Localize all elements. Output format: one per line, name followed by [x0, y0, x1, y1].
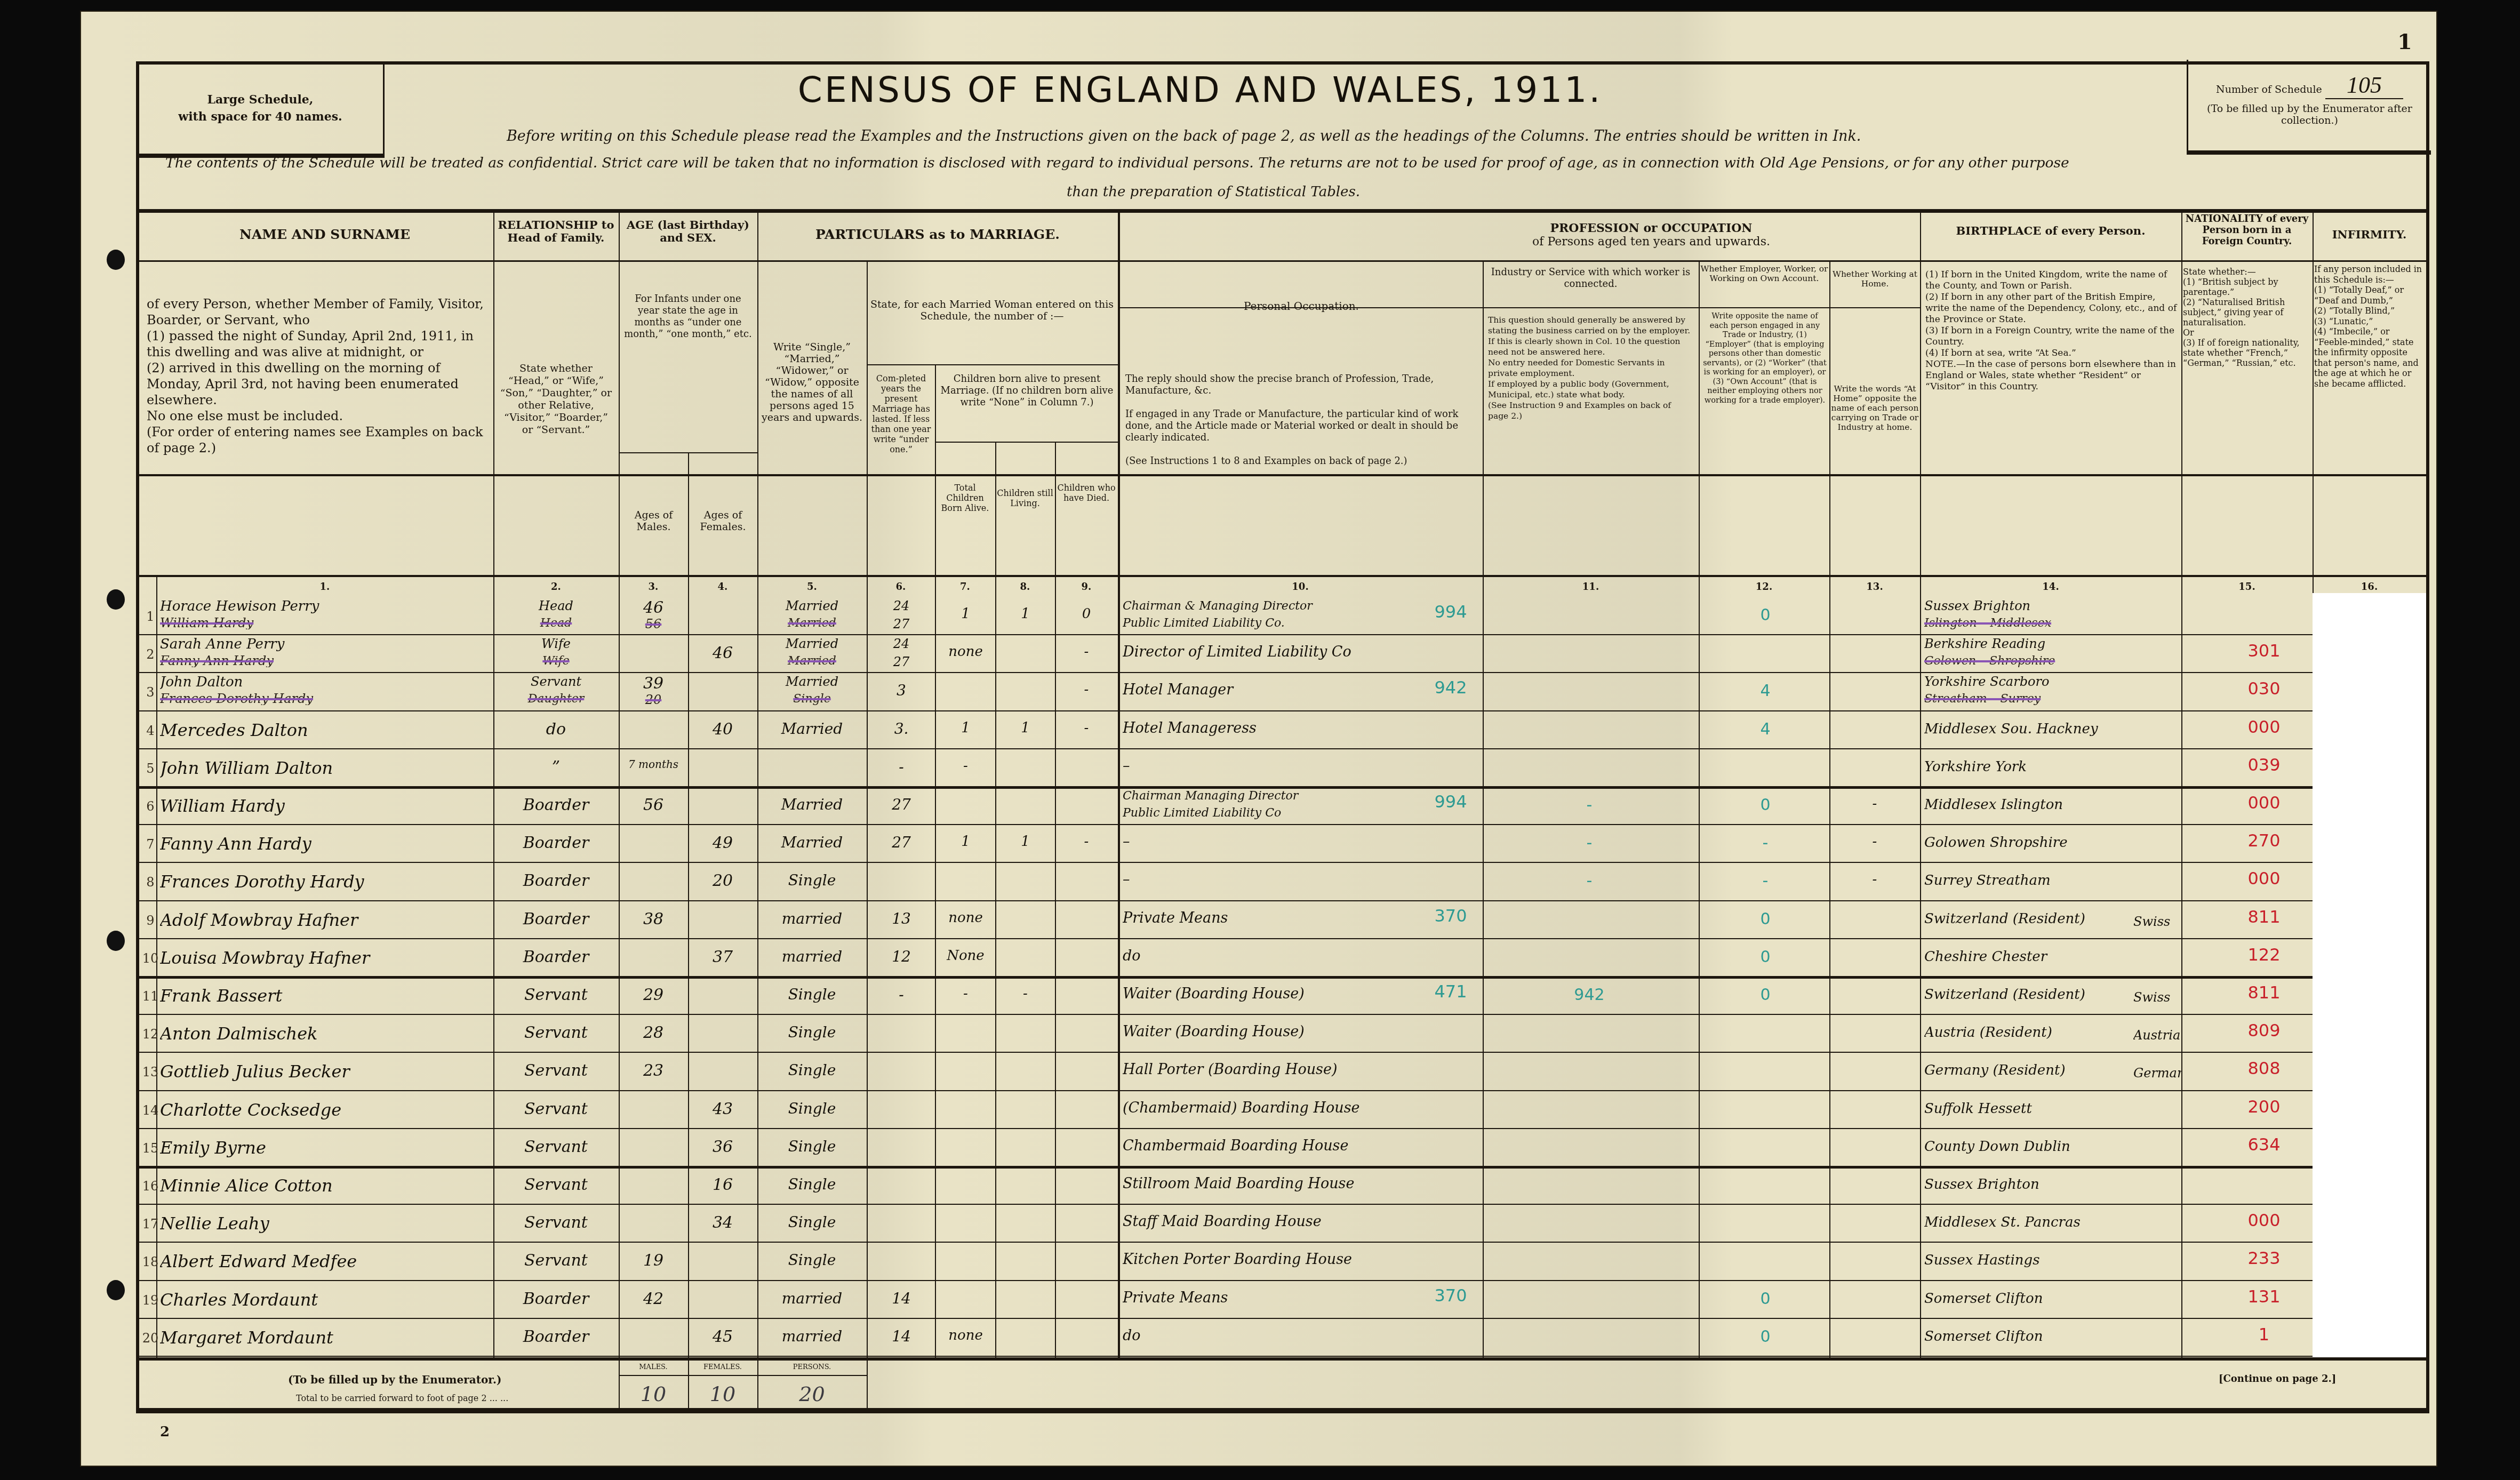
entry-relationship: Boarder: [496, 796, 616, 814]
entry-relationship: Servant: [496, 674, 616, 689]
entry-age-female: 46: [691, 644, 755, 662]
row-rule: [139, 1318, 2426, 1319]
entry-age-male: 7 months: [621, 758, 685, 771]
row-number: 4: [140, 723, 161, 738]
column-divider: [1829, 262, 1830, 1358]
entry-occupation: Staff Maid Boarding House: [1123, 1213, 1480, 1230]
column-number: 7.: [935, 581, 995, 593]
entry-years-married-struck: 27: [869, 654, 933, 669]
entry-name: Charles Mordaunt: [160, 1290, 491, 1310]
entry-employment-status: 0: [1707, 796, 1824, 814]
entry-occupation: Waiter (Boarding House): [1123, 1023, 1480, 1040]
entry-employment-status: 0: [1707, 948, 1824, 966]
entry-age-female: 43: [691, 1100, 755, 1118]
column-number: 2.: [493, 581, 619, 593]
redacted-infirmity-area: [2313, 593, 2426, 1359]
entry-age-male-struck: 56: [621, 617, 685, 631]
header-age: AGE (last Birthday) and SEX.: [619, 219, 757, 244]
entry-occupation: Stillroom Maid Boarding House: [1123, 1175, 1480, 1192]
entry-nationality-code: 122: [2219, 945, 2309, 965]
header-rule: [139, 575, 2426, 577]
header-subrule: [1699, 307, 1920, 308]
entry-condition: Married: [760, 674, 864, 689]
entry-relationship: Servant: [496, 1061, 616, 1080]
column-number: 14.: [1920, 581, 2181, 593]
entry-condition: Single: [760, 871, 864, 889]
entry-name: Frances Dorothy Hardy: [160, 871, 491, 892]
entry-age-male: 19: [621, 1251, 685, 1270]
entry-employment-status: 4: [1707, 720, 1824, 739]
entry-condition-struck: Single: [760, 692, 864, 706]
entry-employment-status: 4: [1707, 682, 1824, 700]
header-condition-instructions: Write “Single,” “Married,” “Widower,” or…: [760, 341, 864, 423]
entry-relationship-struck: Head: [496, 617, 616, 630]
header-rule: [139, 474, 2426, 476]
entry-name: Albert Edward Medfee: [160, 1251, 491, 1271]
entry-birthplace: Sussex Brighton: [1924, 1177, 2180, 1193]
entry-years-married: 12: [869, 948, 933, 965]
entry-nationality-code: 809: [2219, 1020, 2309, 1041]
entry-birthplace: County Down Dublin: [1924, 1139, 2180, 1155]
entry-nationality-code: 000: [2219, 1210, 2309, 1230]
column-divider: [619, 209, 620, 1358]
entry-children-total: none: [938, 1327, 994, 1343]
entry-nationality-code: 808: [2219, 1058, 2309, 1078]
entry-children-living: 1: [997, 606, 1053, 622]
entry-industry: -: [1536, 834, 1643, 852]
females-label: FEMALES.: [688, 1363, 757, 1371]
row-number: 13: [140, 1065, 161, 1079]
column-number: 12.: [1699, 581, 1829, 593]
entry-name: Louisa Mowbray Hafner: [160, 948, 491, 968]
header-children-born: Children born alive to present Marriage.…: [938, 373, 1116, 409]
row-rule: [139, 634, 2426, 635]
schedule-number-note: (To be filled up by the Enumerator after…: [2199, 103, 2420, 126]
entry-employment-status: 0: [1707, 986, 1824, 1004]
entry-children-total: -: [938, 986, 994, 1002]
entry-condition: Married: [760, 636, 864, 651]
entry-relationship-struck: Daughter: [496, 692, 616, 706]
punch-hole: [107, 589, 125, 610]
entry-occupation: do: [1123, 1327, 1480, 1344]
entry-condition: Married: [760, 598, 864, 613]
header-personal-occupation: Personal Occupation.: [1120, 299, 1483, 314]
row-rule: [139, 938, 2426, 939]
entry-relationship: Servant: [496, 1213, 616, 1232]
entry-relationship: Wife: [496, 636, 616, 651]
entry-years-married: -: [869, 986, 933, 1003]
row-number: 2: [140, 647, 161, 662]
row-number: 14: [140, 1103, 161, 1118]
entry-industry: 942: [1536, 986, 1643, 1004]
entry-age-male-struck: 20: [621, 692, 685, 707]
column-number: 8.: [995, 581, 1055, 593]
entry-name: Frank Bassert: [160, 986, 491, 1006]
header-age-males: Ages of Males.: [620, 509, 687, 533]
entry-children-died: -: [1057, 644, 1116, 660]
entry-birthplace: Middlesex Sou. Hackney: [1924, 721, 2180, 737]
entry-children-living: -: [997, 986, 1053, 1002]
entry-name: Charlotte Cocksedge: [160, 1100, 491, 1120]
header-nationality: NATIONALITY of every Person born in a Fo…: [2181, 213, 2313, 247]
entry-children-total: none: [938, 910, 994, 926]
entry-occupation-code: 994: [1419, 602, 1483, 622]
entry-years-married: 27: [869, 834, 933, 851]
entry-children-died: -: [1057, 682, 1116, 698]
entry-condition: Single: [760, 1251, 864, 1269]
entry-relationship: Servant: [496, 1023, 616, 1042]
entry-name: Margaret Mordaunt: [160, 1327, 491, 1348]
entry-nationality-code: 131: [2219, 1286, 2309, 1307]
entry-age-male: 38: [621, 910, 685, 929]
entry-age-female: 20: [691, 871, 755, 890]
entry-industry: -: [1536, 871, 1643, 890]
row-rule: [139, 900, 2426, 901]
entry-occupation: do: [1123, 948, 1480, 964]
entry-employment-status: 0: [1707, 606, 1824, 625]
row-number: 6: [140, 799, 161, 814]
header-industry-instructions: This question should generally be answer…: [1488, 315, 1693, 421]
entry-condition-struck: Married: [760, 617, 864, 630]
column-number: 9.: [1055, 581, 1118, 593]
entry-relationship: do: [496, 720, 616, 739]
entry-relationship: Boarder: [496, 1290, 616, 1308]
entry-nationality-code: 634: [2219, 1134, 2309, 1155]
entry-nationality: Austrian: [2133, 1028, 2181, 1043]
enumerator-note: (To be filled up by the Enumerator.): [288, 1373, 501, 1386]
row-rule: [139, 1204, 2426, 1205]
entry-nationality-code: 233: [2219, 1248, 2309, 1268]
header-name: NAME AND SURNAME: [156, 227, 493, 243]
entry-occupation-code: 370: [1419, 906, 1483, 926]
punch-hole: [107, 1280, 125, 1300]
entry-age-male: 23: [621, 1061, 685, 1080]
header-married-woman: State, for each Married Woman entered on…: [869, 299, 1115, 322]
punch-hole: [107, 250, 125, 270]
entry-age-female: 34: [691, 1213, 755, 1232]
entry-relationship: Boarder: [496, 910, 616, 929]
header-rule: [139, 209, 2426, 213]
entry-employment-status: 0: [1707, 1327, 1824, 1346]
entry-relationship: Boarder: [496, 834, 616, 852]
table-bottom-rule: [139, 1357, 2426, 1361]
row-number: 3: [140, 685, 161, 700]
entry-nationality-code: 000: [2219, 717, 2309, 737]
header-total-children: Total Children Born Alive.: [936, 483, 994, 513]
entry-occupation-code: 471: [1419, 981, 1483, 1002]
page-number: 1: [2397, 29, 2412, 54]
header-subrule: [935, 442, 1118, 443]
entry-occupation: Kitchen Porter Boarding House: [1123, 1251, 1480, 1268]
entry-nationality-code: 200: [2219, 1097, 2309, 1117]
entry-occupation: –: [1123, 834, 1480, 850]
entry-occupation: Chambermaid Boarding House: [1123, 1138, 1480, 1154]
entry-relationship: ”: [496, 758, 616, 777]
entry-birthplace: Sussex Brighton: [1924, 598, 2180, 613]
header-name-instructions: of every Person, whether Member of Famil…: [147, 296, 491, 456]
column-divider: [493, 209, 494, 1358]
entry-nationality-code: 270: [2219, 830, 2309, 851]
entry-age-male: 39: [621, 674, 685, 693]
column-divider: [2181, 209, 2182, 1358]
entry-birthplace-struck: Streatham – Surrey: [1924, 692, 2180, 706]
row-number: 20: [140, 1331, 161, 1346]
row-number: 5: [140, 761, 161, 776]
entry-nationality-code: 030: [2219, 678, 2309, 699]
header-children-living: Children still Living.: [996, 488, 1054, 508]
entry-condition: married: [760, 1290, 864, 1307]
entry-condition: Single: [760, 1175, 864, 1193]
persons-label: PERSONS.: [757, 1363, 867, 1371]
row-rule: [139, 1128, 2426, 1129]
entry-years-married: 14: [869, 1327, 933, 1345]
header-infirmity-instructions: If any person included in this Schedule …: [2314, 264, 2425, 389]
entry-relationship: Servant: [496, 1251, 616, 1270]
entry-years-married-struck: 27: [869, 617, 933, 631]
column-number: 3.: [619, 581, 688, 593]
row-number: 1: [140, 609, 161, 624]
entry-working-at-home: -: [1835, 871, 1915, 887]
entry-nationality-code: 039: [2219, 755, 2309, 775]
entry-condition: Single: [760, 1213, 864, 1231]
entry-age-female: 16: [691, 1175, 755, 1194]
entry-years-married: 24: [869, 636, 933, 651]
entry-occupation-code: 370: [1419, 1285, 1483, 1306]
total-males: 10: [619, 1382, 688, 1406]
entry-relationship: Boarder: [496, 948, 616, 966]
row-rule: [139, 862, 2426, 863]
row-rule: [139, 1242, 2426, 1243]
row-rule: [139, 786, 2426, 789]
row-rule: [139, 824, 2426, 825]
column-divider: [1699, 262, 1700, 1358]
row-number: 8: [140, 875, 161, 890]
entry-relationship: Boarder: [496, 1327, 616, 1346]
entry-name: Minnie Alice Cotton: [160, 1175, 491, 1196]
header-employer-status: Whether Employer, Worker, or Working on …: [1700, 264, 1828, 283]
form-bottom-rule: [139, 1408, 2426, 1412]
column-number: 13.: [1829, 581, 1920, 593]
column-number: 1.: [156, 581, 493, 593]
continue-note: [Continue on page 2.]: [2219, 1373, 2336, 1385]
entry-nationality-code: 1: [2219, 1324, 2309, 1345]
entry-children-died: -: [1057, 720, 1116, 736]
column-divider: [1920, 209, 1921, 1358]
schedule-type-box: Large Schedule, with space for 40 names.: [138, 63, 385, 158]
entry-children-living: 1: [997, 720, 1053, 736]
entry-industry: -: [1536, 796, 1643, 814]
entry-age-male: 28: [621, 1023, 685, 1042]
row-number: 17: [140, 1217, 161, 1231]
header-rule: [139, 260, 2426, 262]
entry-relationship: Servant: [496, 986, 616, 1004]
row-rule: [139, 1052, 2426, 1053]
entry-relationship: Servant: [496, 1175, 616, 1194]
entry-condition: Single: [760, 986, 864, 1003]
column-divider: [1118, 209, 1120, 1358]
totals-subrule: [619, 1375, 867, 1376]
males-label: MALES.: [619, 1363, 688, 1371]
entry-children-died: -: [1057, 834, 1116, 850]
entry-name-struck: Fanny Ann Hardy: [160, 654, 491, 667]
row-rule: [139, 1280, 2426, 1281]
entry-name: Adolf Mowbray Hafner: [160, 910, 491, 930]
entry-condition: Single: [760, 1061, 864, 1079]
header-children-died: Children who have Died.: [1056, 483, 1117, 503]
entry-condition: Single: [760, 1100, 864, 1117]
entry-nationality-code: 811: [2219, 982, 2309, 1003]
entry-children-living: 1: [997, 834, 1053, 850]
column-number: 10.: [1118, 581, 1483, 593]
entry-birthplace: Middlesex Islington: [1924, 797, 2180, 813]
entry-age-female: 45: [691, 1327, 755, 1346]
instruction-line-3: than the preparation of Statistical Tabl…: [1067, 184, 1360, 200]
entry-children-total: None: [938, 948, 994, 964]
header-birthplace-instructions: (1) If born in the United Kingdom, write…: [1925, 269, 2179, 393]
entry-birthplace: Surrey Streatham: [1924, 873, 2180, 889]
entry-children-total: none: [938, 644, 994, 660]
row-number: 11: [140, 989, 161, 1004]
column-number: 4.: [688, 581, 757, 593]
column-divider: [867, 262, 868, 1358]
entry-birthplace: Golowen Shropshire: [1924, 835, 2180, 851]
entry-years-married: 13: [869, 910, 933, 927]
entry-name-struck: William Hardy: [160, 617, 491, 629]
entry-age-female: 49: [691, 834, 755, 852]
row-rule: [139, 1356, 2426, 1357]
entry-condition-struck: Married: [760, 654, 864, 668]
entry-condition: Married: [760, 720, 864, 738]
entry-birthplace: Yorkshire York: [1924, 759, 2180, 775]
entry-birthplace: Berkshire Reading: [1924, 636, 2180, 651]
entry-condition: married: [760, 948, 864, 965]
header-working-at-home: Whether Working at Home.: [1831, 269, 1919, 289]
entry-condition: Single: [760, 1138, 864, 1155]
row-number: 18: [140, 1254, 161, 1269]
entry-occupation: –: [1123, 758, 1480, 774]
column-divider: [1483, 262, 1484, 1358]
row-number: 10: [140, 951, 161, 966]
column-divider: [757, 209, 758, 1358]
entry-occupation: (Chambermaid) Boarding House: [1123, 1100, 1480, 1116]
schedule-number-value: 105: [2325, 72, 2403, 99]
entry-age-female: 36: [691, 1138, 755, 1156]
entry-birthplace-struck: Golowen – Shropshire: [1924, 654, 2180, 668]
header-relationship: RELATIONSHIP to Head of Family.: [493, 219, 619, 244]
row-number: 9: [140, 913, 161, 928]
header-birthplace: BIRTHPLACE of every Person.: [1920, 224, 2181, 238]
entry-birthplace: Sussex Hastings: [1924, 1252, 2180, 1268]
entry-birthplace: Cheshire Chester: [1924, 949, 2180, 965]
entry-age-male: 42: [621, 1290, 685, 1308]
entry-relationship: Head: [496, 598, 616, 613]
entry-occupation-code: 994: [1419, 791, 1483, 812]
entry-condition: Married: [760, 834, 864, 851]
row-rule: [139, 1090, 2426, 1091]
header-years-married: Com-pleted years the present Marriage ha…: [868, 373, 934, 454]
row-rule: [139, 710, 2426, 711]
header-infirmity: INFIRMITY.: [2313, 227, 2426, 243]
total-females: 10: [688, 1382, 757, 1406]
entry-occupation: Hall Porter (Boarding House): [1123, 1061, 1480, 1078]
entry-years-married: -: [869, 758, 933, 775]
entry-years-married: 14: [869, 1290, 933, 1307]
entry-name: John William Dalton: [160, 758, 491, 778]
entry-condition: Married: [760, 796, 864, 813]
entry-nationality: German: [2133, 1066, 2181, 1081]
entry-birthplace: Somerset Clifton: [1924, 1291, 2180, 1307]
entry-condition: married: [760, 1327, 864, 1345]
entry-employment-status: -: [1707, 871, 1824, 890]
entry-relationship-struck: Wife: [496, 654, 616, 668]
entry-nationality: Swiss: [2133, 914, 2181, 929]
entry-working-at-home: -: [1835, 796, 1915, 812]
entry-nationality-code: 811: [2219, 907, 2309, 927]
schedule-number-box: Number of Schedule 105 (To be filled up …: [2187, 60, 2431, 155]
footer-page-number: 2: [160, 1424, 170, 1440]
form-title: CENSUS OF ENGLAND AND WALES, 1911.: [533, 69, 1867, 110]
entry-age-male: 29: [621, 986, 685, 1004]
entry-name: John Dalton: [160, 674, 491, 690]
column-divider: [867, 1361, 868, 1408]
entry-relationship: Boarder: [496, 871, 616, 890]
entry-children-total: -: [938, 758, 994, 774]
header-marriage: PARTICULARS as to MARRIAGE.: [757, 227, 1118, 243]
entry-age-male: 56: [621, 796, 685, 814]
column-number: 16.: [2313, 581, 2426, 593]
header-personal-occupation-instructions: The reply should show the precise branch…: [1125, 373, 1477, 467]
punch-hole: [107, 931, 125, 951]
entry-name: Emily Byrne: [160, 1138, 491, 1158]
header-employer-instructions: Write opposite the name of each person e…: [1701, 312, 1828, 405]
entry-birthplace-struck: Islington – Middlesex: [1924, 617, 2180, 630]
entry-name: Fanny Ann Hardy: [160, 834, 491, 854]
column-number: 15.: [2181, 581, 2313, 593]
entry-relationship: Servant: [496, 1100, 616, 1118]
entry-nationality-code: 000: [2219, 868, 2309, 889]
row-rule: [139, 672, 2426, 673]
header-age-females: Ages of Females.: [690, 509, 756, 533]
entry-occupation: Director of Limited Liability Co: [1123, 644, 1480, 660]
entry-employment-status: 0: [1707, 1290, 1824, 1308]
entry-children-total: 1: [938, 720, 994, 736]
total-carried-forward-label: Total to be carried forward to foot of p…: [296, 1393, 508, 1403]
entry-relationship: Servant: [496, 1138, 616, 1156]
row-rule: [139, 1014, 2426, 1015]
entry-nationality: Swiss: [2133, 990, 2181, 1005]
entry-employment-status: 0: [1707, 910, 1824, 929]
entry-years-married: 3.: [869, 720, 933, 738]
entry-employment-status: -: [1707, 834, 1824, 852]
entry-name-struck: Frances Dorothy Hardy: [160, 692, 491, 705]
entry-age-female: 37: [691, 948, 755, 966]
entry-birthplace: Somerset Clifton: [1924, 1329, 2180, 1345]
entry-children-total: 1: [938, 834, 994, 850]
entry-working-at-home: -: [1835, 834, 1915, 850]
header-relationship-instructions: State whether “Head,” or “Wife,” “Son,” …: [499, 363, 613, 436]
row-rule: [139, 1166, 2426, 1169]
entry-children-total: 1: [938, 606, 994, 622]
entry-name: Gottlieb Julius Becker: [160, 1061, 491, 1082]
row-rule: [139, 976, 2426, 979]
row-rule: [139, 748, 2426, 749]
entry-birthplace: Yorkshire Scarboro: [1924, 674, 2180, 689]
entry-occupation: –: [1123, 871, 1480, 888]
entry-years-married: 27: [869, 796, 933, 813]
row-number: 19: [140, 1293, 161, 1308]
entry-years-married: 24: [869, 598, 933, 613]
header-working-at-home-instructions: Write the words “At Home” opposite the n…: [1831, 384, 1919, 432]
